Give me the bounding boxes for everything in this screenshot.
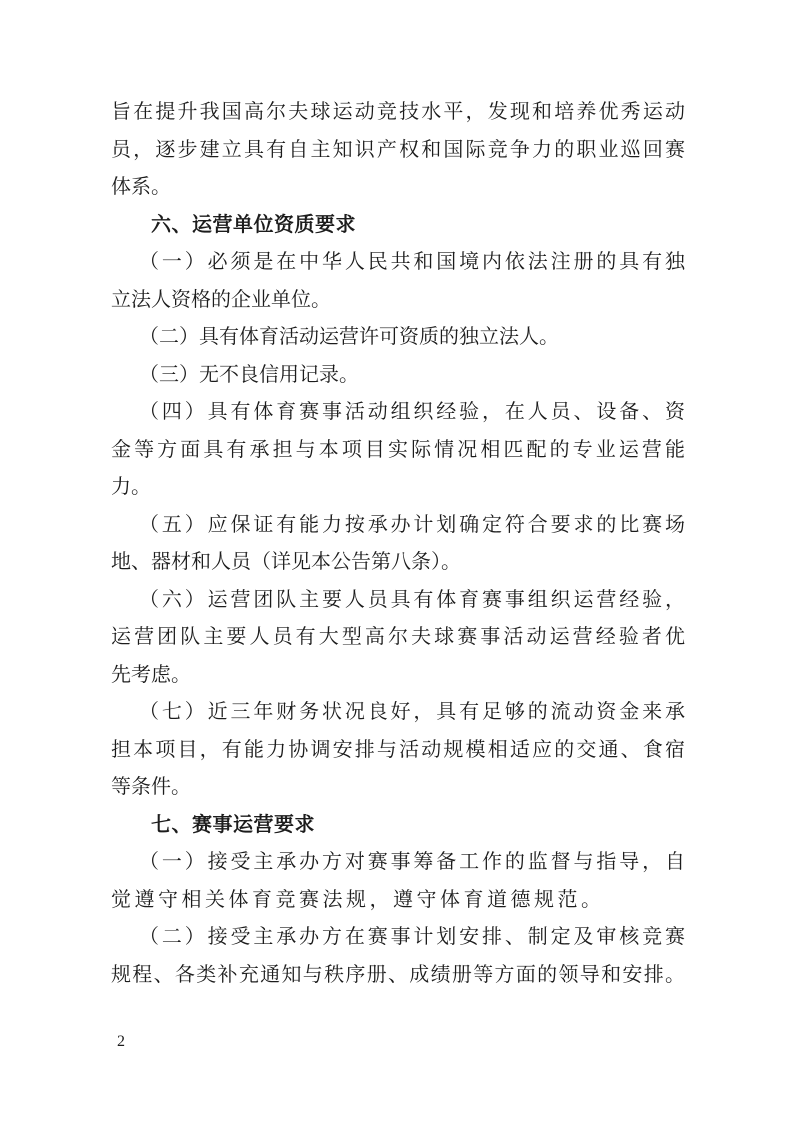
text-line: （一）接受主承办方对赛事筹备工作的监督与指导，自 bbox=[111, 844, 685, 882]
text-line: 运营团队主要人员有大型高尔夫球赛事活动运营经验者优 bbox=[111, 619, 685, 657]
text-line: （五）应保证有能力按承办计划确定符合要求的比赛场 bbox=[111, 507, 685, 545]
text-line: 力。 bbox=[111, 469, 685, 507]
text-line: 立法人资格的企业单位。 bbox=[111, 282, 685, 320]
document-page: 旨在提升我国高尔夫球运动竞技水平，发现和培养优秀运动员，逐步建立具有自主知识产权… bbox=[0, 0, 794, 1123]
text-line: 先考虑。 bbox=[111, 657, 685, 695]
text-line: （六）运营团队主要人员具有体育赛事组织运营经验， bbox=[111, 582, 685, 620]
text-line: （四）具有体育赛事活动组织经验，在人员、设备、资 bbox=[111, 394, 685, 432]
text-line: （七）近三年财务状况良好，具有足够的流动资金来承 bbox=[111, 694, 685, 732]
text-line: 地、器材和人员（详见本公告第八条）。 bbox=[111, 544, 685, 582]
text-line: （一）必须是在中华人民共和国境内依法注册的具有独 bbox=[111, 244, 685, 282]
text-line: 体系。 bbox=[111, 169, 685, 207]
text-line: 觉遵守相关体育竞赛法规，遵守体育道德规范。 bbox=[111, 882, 685, 920]
text-line: （三）无不良信用记录。 bbox=[111, 357, 685, 395]
text-line: 等条件。 bbox=[111, 769, 685, 807]
text-line: 员，逐步建立具有自主知识产权和国际竞争力的职业巡回赛 bbox=[111, 132, 685, 170]
section-heading: 七、赛事运营要求 bbox=[111, 807, 685, 845]
text-line: （二）接受主承办方在赛事计划安排、制定及审核竞赛 bbox=[111, 919, 685, 957]
text-line: 旨在提升我国高尔夫球运动竞技水平，发现和培养优秀运动 bbox=[111, 94, 685, 132]
text-line: 金等方面具有承担与本项目实际情况相匹配的专业运营能 bbox=[111, 432, 685, 470]
text-line: （二）具有体育活动运营许可资质的独立法人。 bbox=[111, 319, 685, 357]
page-number: 2 bbox=[117, 1031, 125, 1053]
text-line: 担本项目，有能力协调安排与活动规模相适应的交通、食宿 bbox=[111, 732, 685, 770]
text-line: 规程、各类补充通知与秩序册、成绩册等方面的领导和安排。 bbox=[111, 957, 685, 995]
document-body: 旨在提升我国高尔夫球运动竞技水平，发现和培养优秀运动员，逐步建立具有自主知识产权… bbox=[111, 94, 685, 994]
section-heading: 六、运营单位资质要求 bbox=[111, 207, 685, 245]
